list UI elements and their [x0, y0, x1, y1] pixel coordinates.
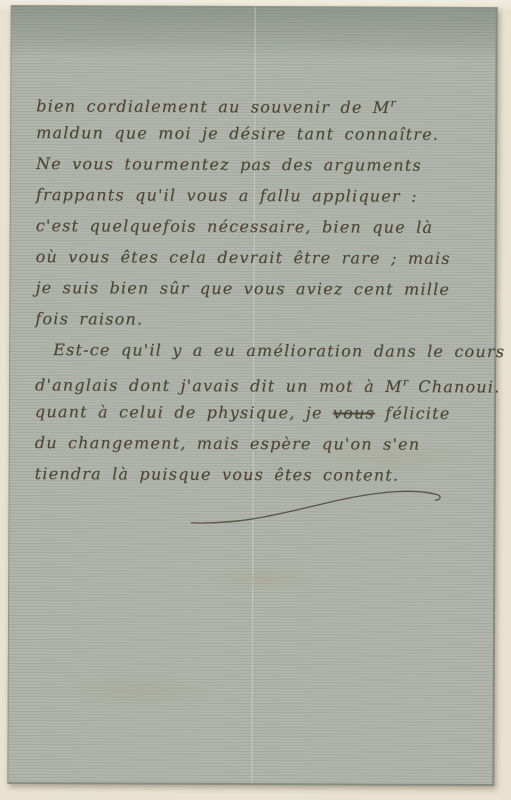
struck-word: vous	[333, 403, 375, 422]
superscript-text: r	[390, 97, 395, 110]
letter-page: bien cordialement au souvenir de Mr mald…	[7, 5, 497, 786]
letter-line: Est-ce qu'il y a eu amélioration dans le…	[35, 334, 478, 367]
letter-line-text: Est-ce qu'il y a eu amélioration dans le…	[53, 340, 505, 361]
photo-background: bien cordialement au souvenir de Mr mald…	[0, 0, 511, 800]
letter-line-text: félicite	[375, 404, 451, 423]
letter-line-text: fois raison.	[35, 309, 143, 328]
letter-body: bien cordialement au souvenir de Mr mald…	[10, 6, 496, 491]
paper-stain	[203, 566, 323, 593]
letter-line-text: quant à celui de physique, je	[35, 402, 333, 422]
letter-line: Ne vous tourmentez pas des arguments	[36, 148, 479, 181]
letter-line-text: Ne vous tourmentez pas des arguments	[36, 154, 422, 175]
letter-line: quant à celui de physique, je vous félic…	[35, 396, 478, 429]
letter-line: je suis bien sûr que vous aviez cent mil…	[35, 272, 478, 305]
letter-line: maldun que moi je désire tant connaître.	[36, 117, 479, 150]
letter-line: d'anglais dont j'avais dit un mot à Mr C…	[35, 365, 478, 398]
letter-line-text: c'est quelquefois nécessaire, bien que l…	[36, 216, 434, 237]
letter-line: fois raison.	[35, 303, 478, 336]
letter-line-text: bien cordialement au souvenir de M	[36, 96, 390, 117]
letter-line-text: je suis bien sûr que vous aviez cent mil…	[35, 278, 450, 299]
letter-line-text: du changement, mais espère qu'on s'en	[35, 433, 421, 454]
paper-stain	[47, 673, 227, 708]
letter-line: où vous êtes cela devrait être rare ; ma…	[36, 241, 479, 274]
letter-line-text: maldun que moi je désire tant connaître.	[36, 123, 439, 144]
letter-line: du changement, mais espère qu'on s'en	[35, 427, 478, 460]
letter-line-text: où vous êtes cela devrait être rare ; ma…	[36, 247, 451, 268]
letter-line-text: d'anglais dont j'avais dit un mot à M	[35, 375, 403, 396]
letter-line-text: tiendra là puisque vous êtes content.	[35, 464, 400, 485]
letter-line-text: Chanoui.	[408, 377, 501, 396]
letter-line: c'est quelquefois nécessaire, bien que l…	[36, 210, 479, 243]
letter-line-text: frappants qu'il vous a fallu appliquer :	[36, 185, 418, 206]
letter-line: bien cordialement au souvenir de Mr	[36, 86, 479, 119]
flourish-paraph	[187, 485, 447, 528]
letter-line: frappants qu'il vous a fallu appliquer :	[36, 179, 479, 212]
